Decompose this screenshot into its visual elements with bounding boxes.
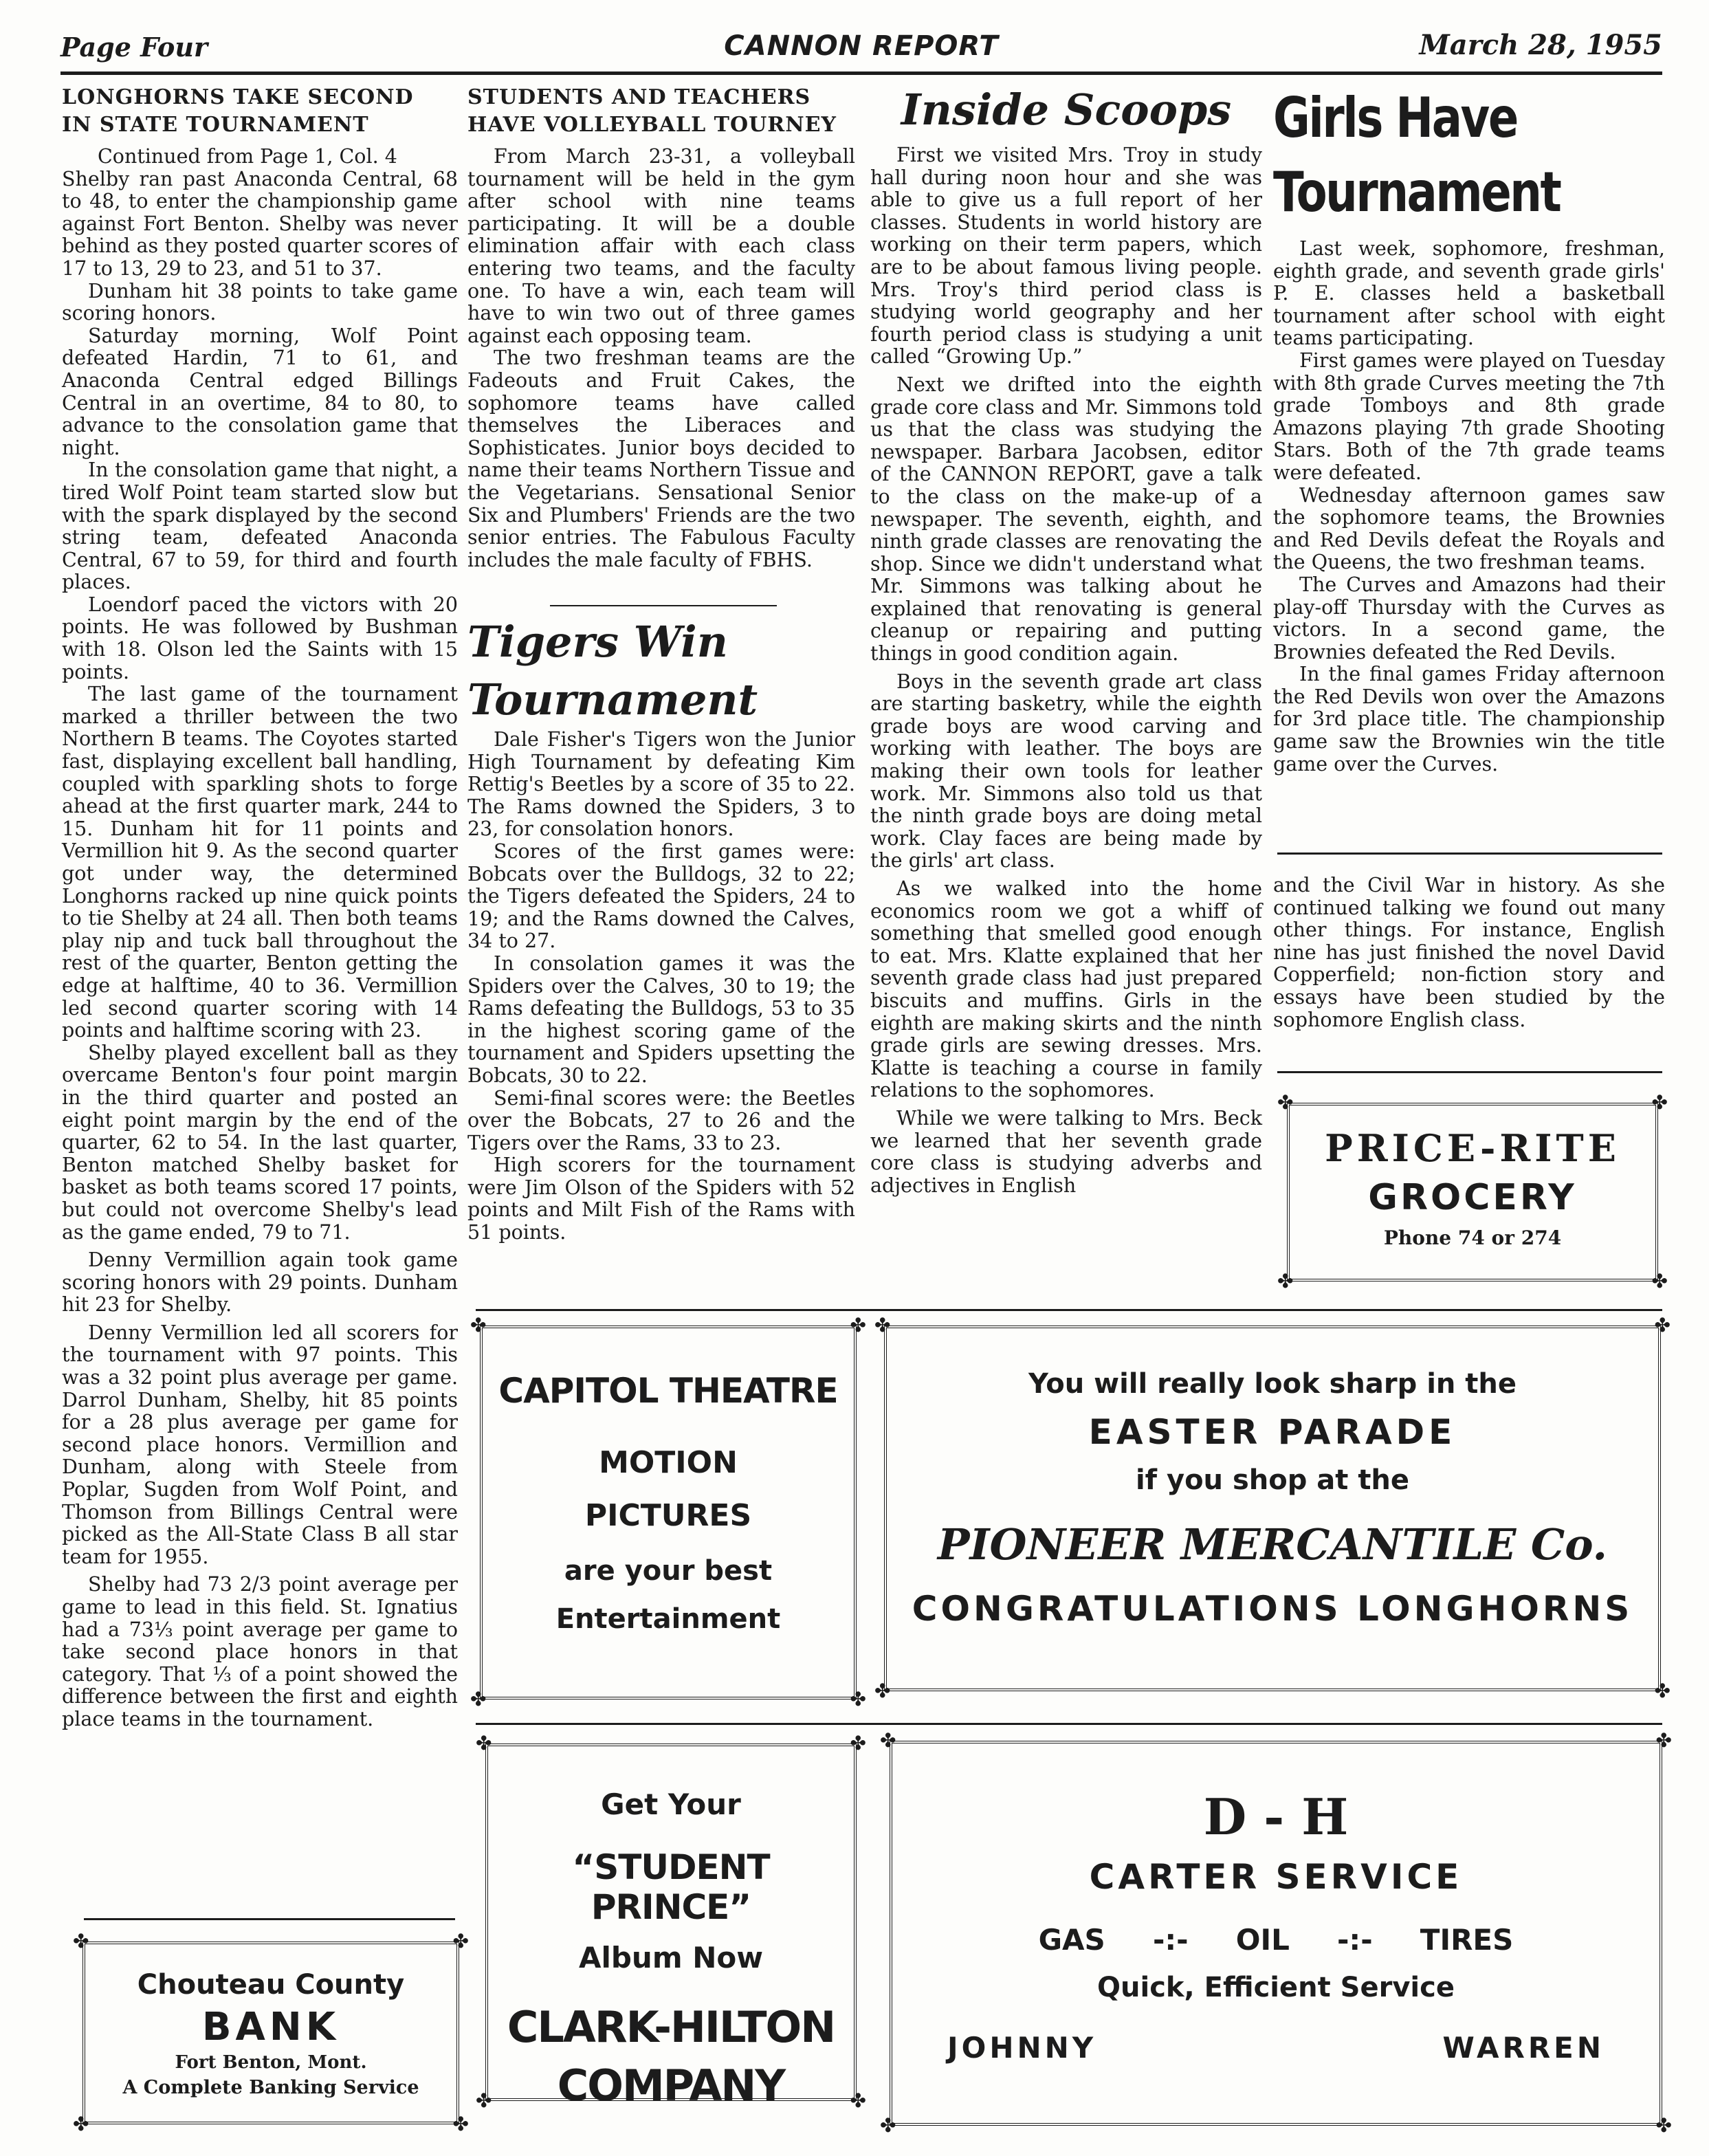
- ad-capitol-theatre: ✤✤ CAPITOL THEATRE MOTION PICTURES are y…: [480, 1325, 857, 1699]
- owner-names-row: JOHNNY WARREN: [892, 2031, 1660, 2065]
- girls-headline: Girls Have Tournament: [1273, 81, 1594, 230]
- article-volleyball: STUDENTS AND TEACHERS HAVE VOLLEYBALL TO…: [467, 84, 855, 571]
- inside-scoops-headline: Inside Scoops: [870, 81, 1262, 139]
- column-rule: [550, 605, 777, 606]
- article-tigers: Tigers Win Tournament Dale Fisher's Tige…: [467, 613, 855, 1244]
- masthead-rule: [60, 71, 1662, 75]
- ad-dh-carter-service: ✤✤ D - H CARTER SERVICE GAS -:- OIL -:- …: [890, 1741, 1662, 2126]
- longhorns-headline: LONGHORNS TAKE SECOND IN STATE TOURNAMEN…: [62, 84, 458, 139]
- continued-note: Continued from Page 1, Col. 4: [62, 146, 458, 168]
- column-rule: [1277, 1071, 1662, 1073]
- section-rule: [476, 1309, 1662, 1311]
- ad-clark-hilton: ✤✤ Get Your “STUDENT PRINCE” Album Now C…: [485, 1743, 857, 2101]
- article-girls-tournament: Girls Have Tournament Last week, sophomo…: [1273, 81, 1665, 775]
- column-rule: [84, 1918, 455, 1920]
- inside-scoops-continuation: and the Civil War in history. As she con…: [1273, 874, 1665, 1031]
- article-inside-scoops: Inside Scoops First we visited Mrs. Troy…: [870, 81, 1262, 1197]
- article-longhorns: LONGHORNS TAKE SECOND IN STATE TOURNAMEN…: [62, 84, 458, 1731]
- column-rule: [1277, 852, 1662, 855]
- tigers-headline: Tigers Win Tournament: [467, 613, 855, 729]
- ad-chouteau-county-bank: ✤✤ Chouteau County BANK Fort Benton, Mon…: [82, 1941, 459, 2124]
- issue-date: March 28, 1955: [1420, 29, 1662, 61]
- gas-oil-tires-row: GAS -:- OIL -:- TIRES: [1015, 1923, 1537, 1957]
- ad-price-rite-grocery: ✤✤ PRICE-RITE GROCERY Phone 74 or 274: [1287, 1103, 1658, 1281]
- section-rule: [476, 1723, 1662, 1725]
- masthead: Page Four CANNON REPORT March 28, 1955: [60, 27, 1662, 69]
- ad-pioneer-mercantile: ✤✤ You will really look sharp in the EAS…: [884, 1325, 1661, 1691]
- volleyball-headline: STUDENTS AND TEACHERS HAVE VOLLEYBALL TO…: [467, 84, 855, 139]
